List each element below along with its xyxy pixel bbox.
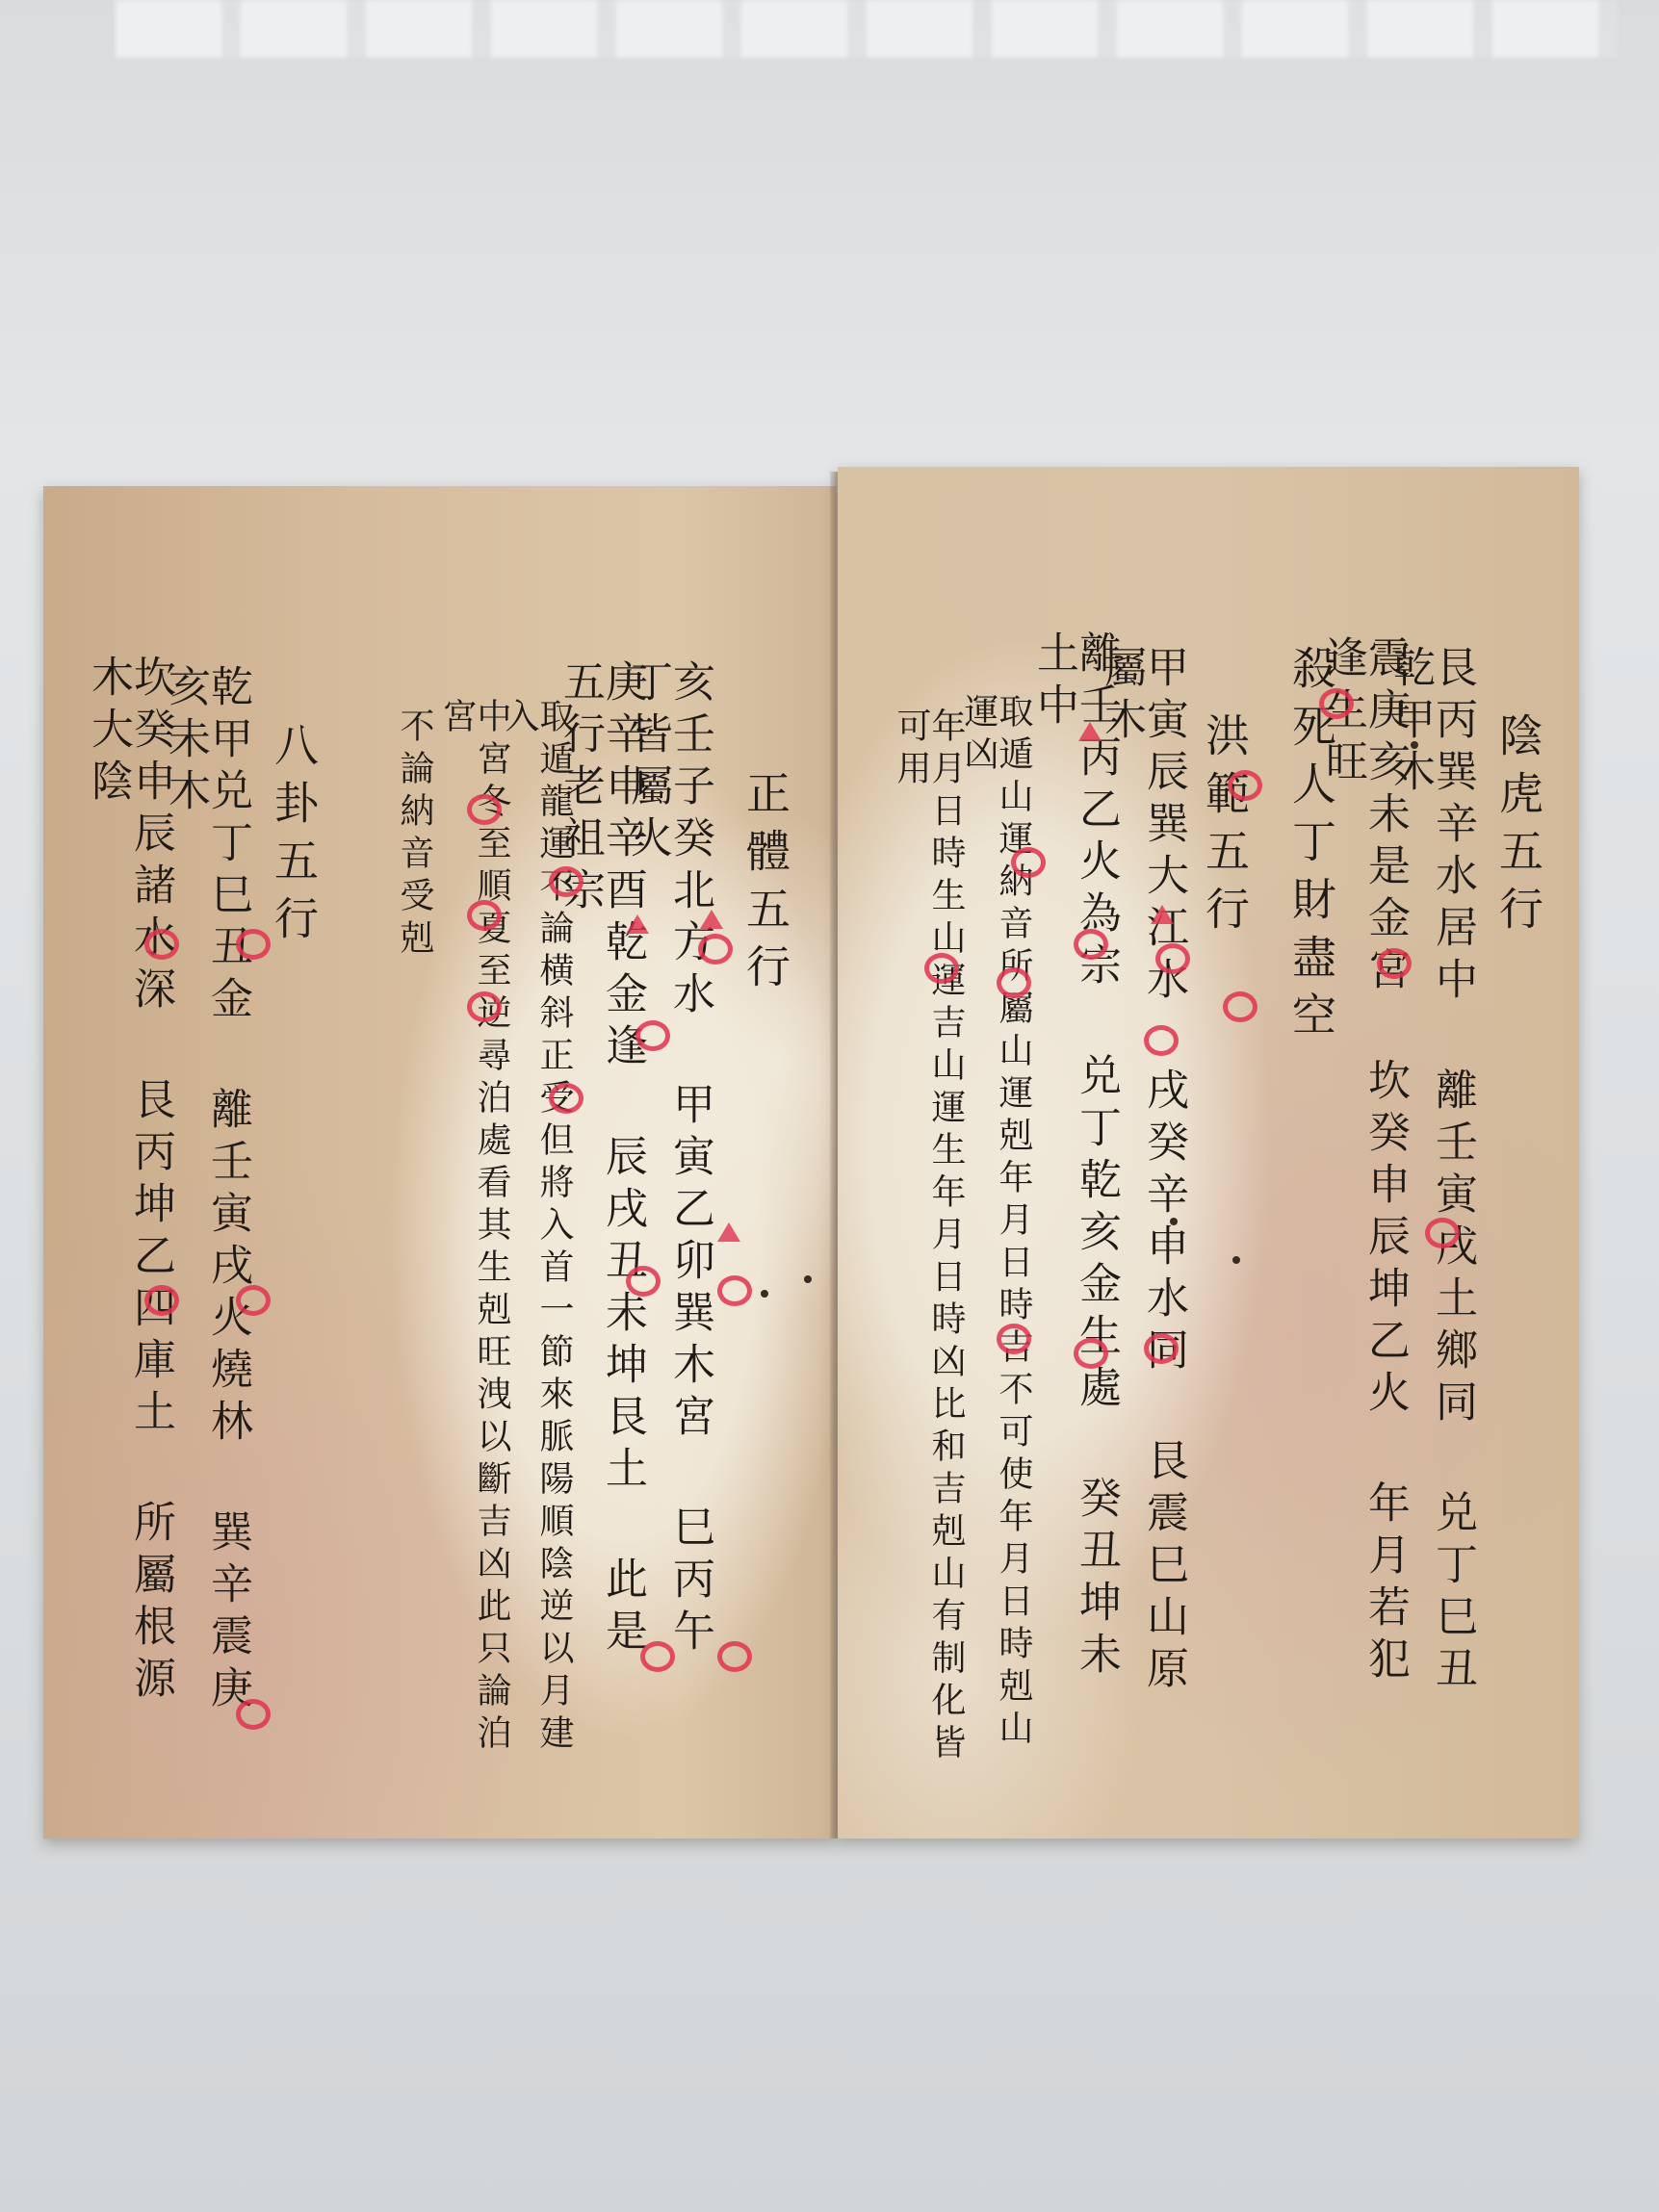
red-circle-mark: [1377, 948, 1412, 979]
red-circle-mark: [1223, 991, 1257, 1022]
wormhole: [761, 1290, 768, 1298]
red-circle-mark: [717, 1641, 752, 1672]
red-triangle-mark: [700, 910, 723, 929]
red-triangle-mark: [717, 1222, 740, 1242]
red-circle-mark: [467, 900, 502, 931]
red-circle-mark: [1425, 1218, 1460, 1248]
red-circle-mark: [1144, 1333, 1179, 1364]
red-circle-mark: [997, 1324, 1031, 1354]
text-column: 取遁龍運不論横斜正受但將入首一節來脈陽順陰逆以月建入: [502, 698, 571, 1776]
right-page: 陰虎五行 艮丙巽辛水居中 離壬寅戌土鄉同 兑丁巳丑乾甲木 震庚亥未是金宮 坎癸申…: [838, 467, 1579, 1839]
red-circle-mark: [626, 1266, 661, 1297]
red-circle-mark: [997, 967, 1031, 998]
red-circle-mark: [1011, 847, 1046, 878]
red-circle-mark: [635, 1020, 670, 1051]
heading-bagua-wuxing: 八卦五行: [272, 722, 316, 953]
red-circle-mark: [1155, 943, 1190, 974]
red-triangle-mark: [1078, 722, 1102, 741]
red-circle-mark: [1074, 1338, 1108, 1369]
text-column: 坎癸申辰諸水深 艮丙坤乙四庫土 所屬根源木大陰: [87, 655, 171, 1742]
wormhole: [1411, 741, 1418, 749]
wormhole: [804, 1275, 812, 1283]
text-column: 乾甲兑丁巳丑金 離壬寅戌火燒林 巽辛震庚亥未木: [164, 664, 248, 1752]
red-circle-mark: [1144, 1025, 1179, 1056]
red-circle-mark: [236, 1285, 271, 1316]
red-circle-mark: [144, 929, 179, 960]
red-circle-mark: [640, 1641, 675, 1672]
wormhole: [1232, 1256, 1240, 1264]
open-book: 正體五行 亥壬子癸北方水 甲寅乙卯巽木宮 巳丙午丁皆屬火 庚辛申辛酉乾金逢 辰戌…: [0, 0, 1659, 2212]
red-circle-mark: [467, 991, 502, 1022]
heading-yinhu-wuxing: 陰虎五行: [1496, 712, 1541, 943]
red-circle-mark: [924, 953, 959, 984]
red-circle-mark: [549, 866, 583, 897]
red-circle-mark: [549, 1083, 583, 1114]
text-column: 離壬丙乙火為宗 兑丁乾亥金生處 癸丑坤未土中: [1032, 630, 1117, 1718]
text-column: 中宮冬至順夏至逆尋泊處看其生剋旺洩以斷吉凶此只論泊宮: [439, 698, 508, 1776]
red-circle-mark: [1228, 770, 1262, 801]
red-circle-mark: [1074, 929, 1108, 960]
red-circle-mark: [717, 1275, 752, 1306]
red-circle-mark: [698, 934, 733, 965]
left-page: 正體五行 亥壬子癸北方水 甲寅乙卯巽木宮 巳丙午丁皆屬火 庚辛申辛酉乾金逢 辰戌…: [43, 486, 836, 1839]
red-triangle-mark: [626, 914, 649, 934]
red-circle-mark: [1319, 688, 1354, 719]
red-circle-mark: [236, 1699, 271, 1730]
text-column: 不論納音受剋: [397, 707, 431, 962]
heading-zhengti-wuxing: 正體五行: [743, 770, 788, 1001]
text-column: 年月日時生山運吉山運生年月日時凶比和吉剋山有制化皆可用: [894, 707, 963, 1795]
red-circle-mark: [236, 929, 271, 960]
red-circle-mark: [467, 794, 502, 825]
wormhole: [1170, 1218, 1178, 1225]
heading-hongfan-wuxing: 洪範五行: [1203, 712, 1247, 943]
red-triangle-mark: [1151, 905, 1174, 924]
red-circle-mark: [144, 1285, 179, 1316]
